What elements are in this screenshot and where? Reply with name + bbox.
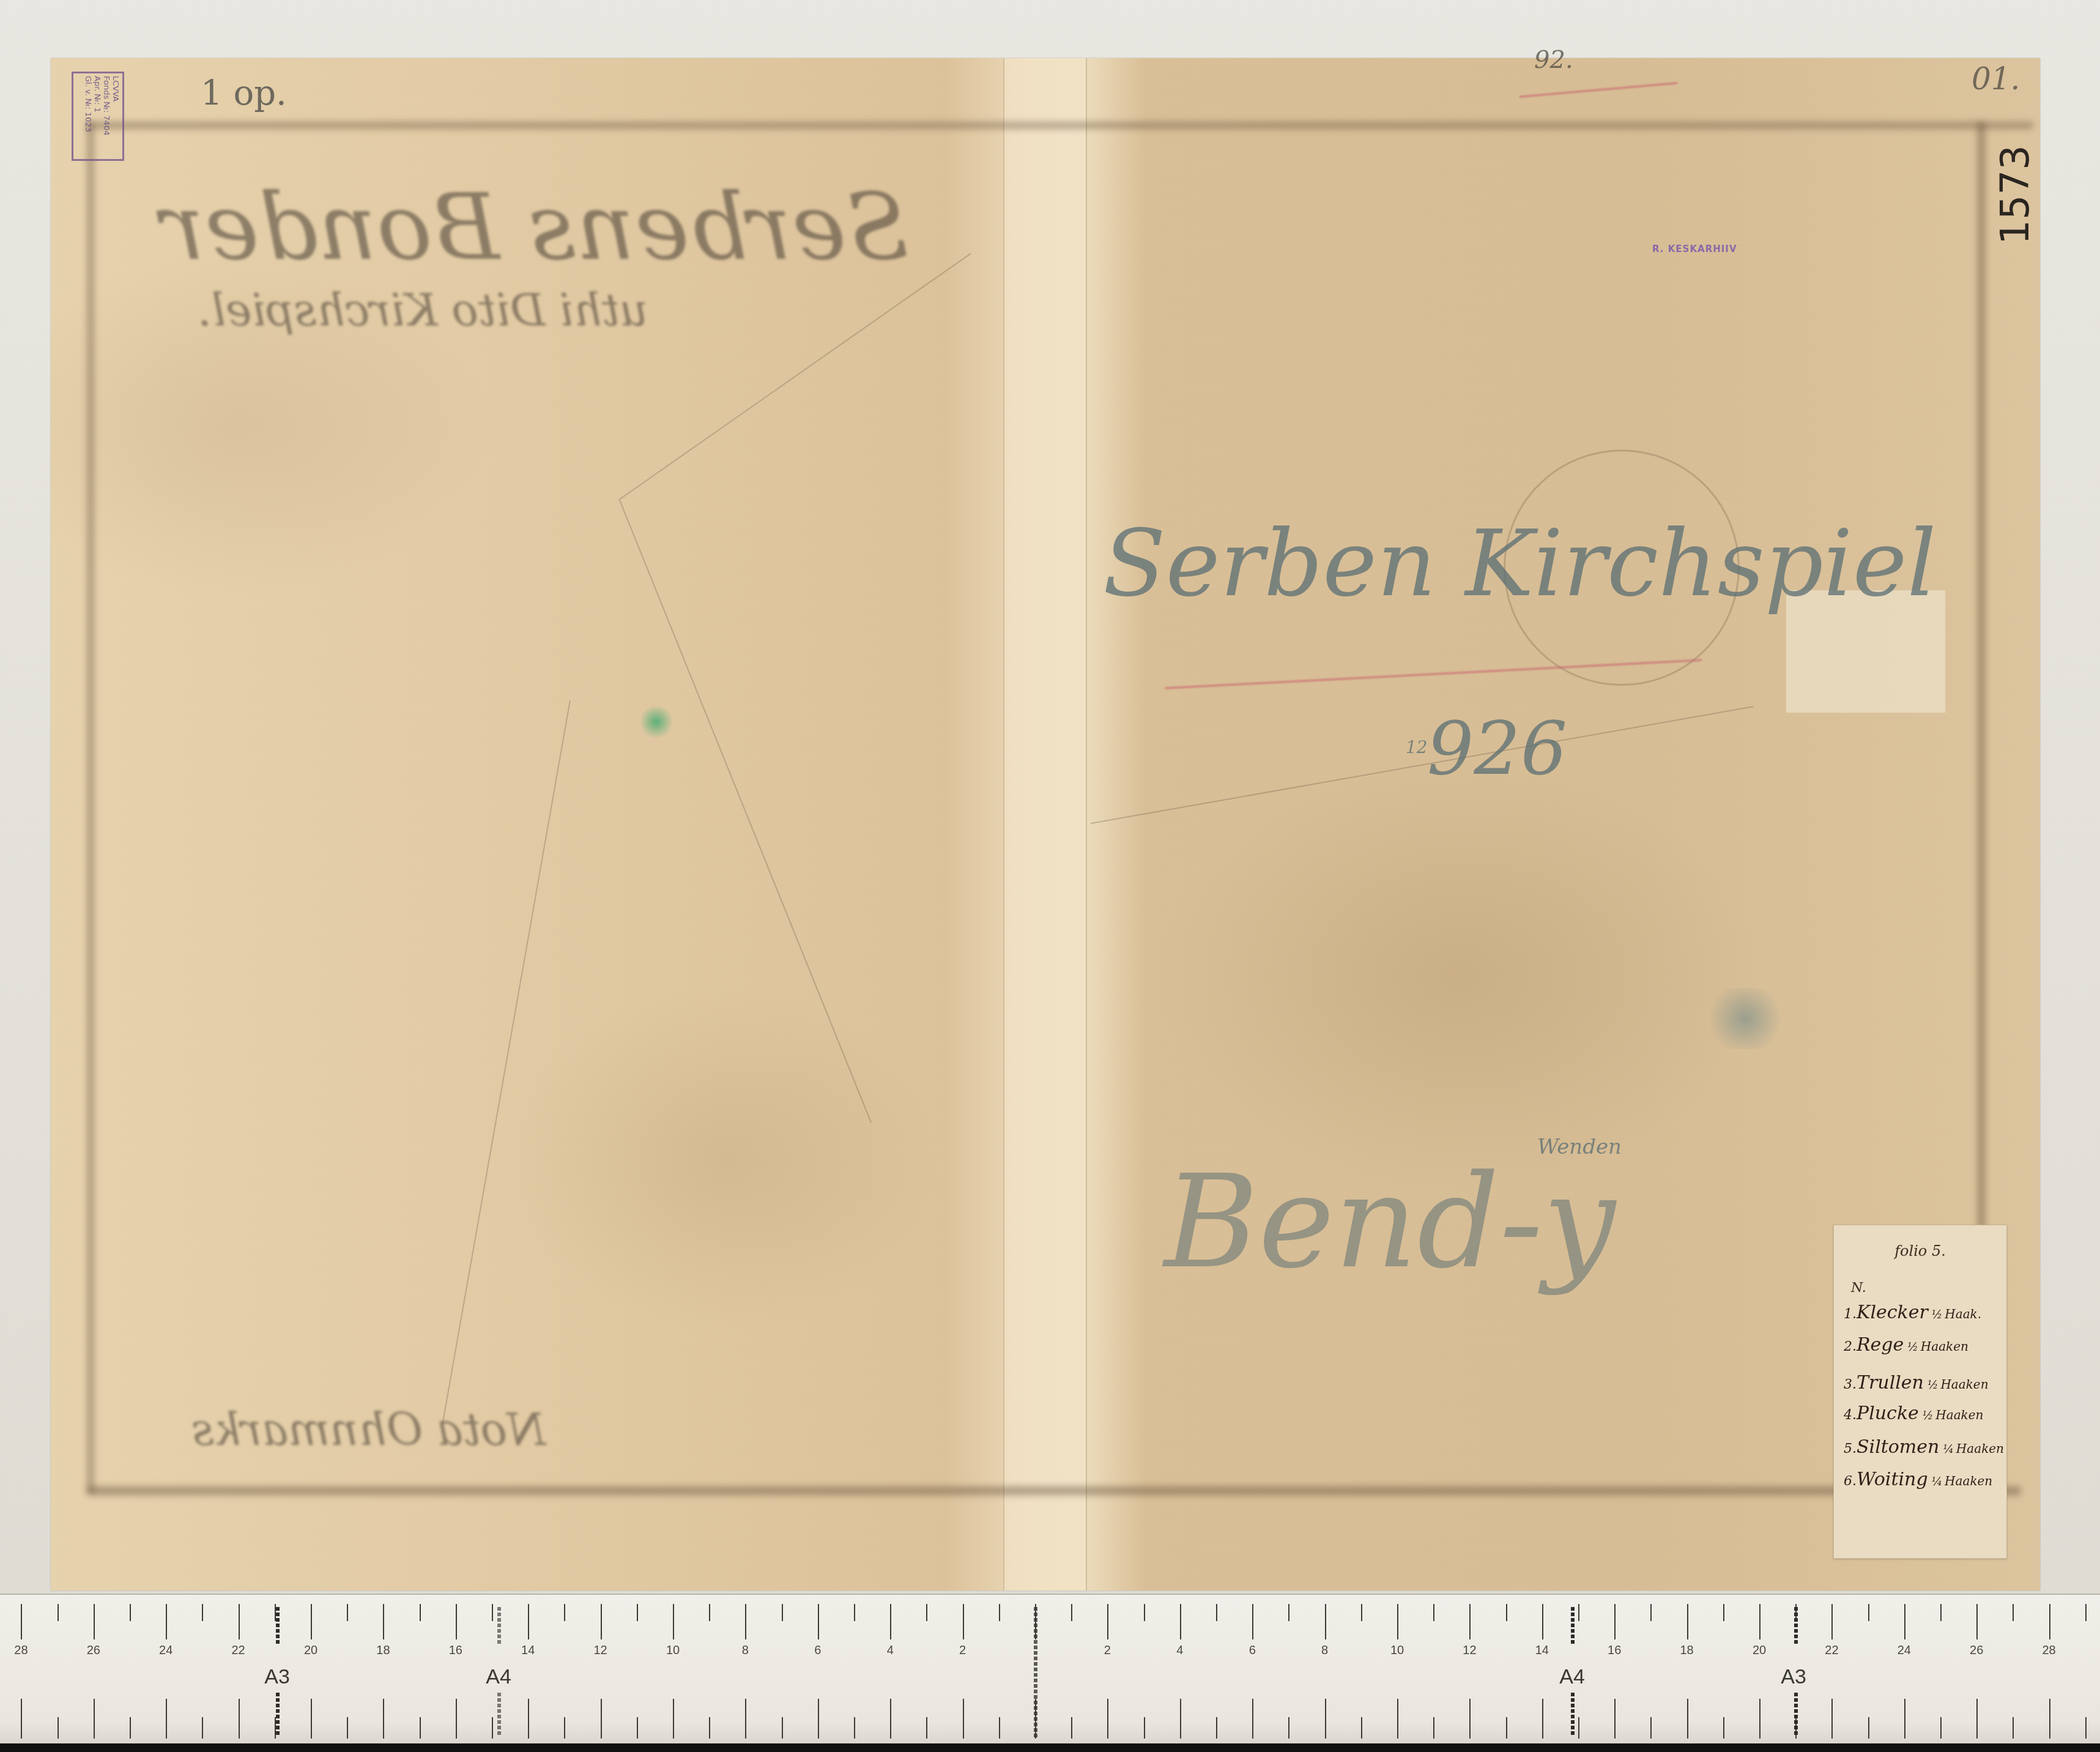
center-marker <box>1034 1607 1037 1739</box>
ruler-tick <box>601 1699 602 1739</box>
label-column-header: N. <box>1851 1280 1866 1296</box>
ruler-tick <box>456 1604 457 1639</box>
farm-unit: Haaken <box>1935 1408 1983 1422</box>
ruler-tick <box>311 1699 312 1739</box>
ruler-tick <box>492 1717 493 1739</box>
ruler-tick <box>1107 1604 1108 1639</box>
ruler-tick <box>1904 1699 1905 1739</box>
a4-marker-left <box>497 1693 501 1735</box>
ruler-tick <box>1107 1699 1108 1739</box>
map-boundary-line <box>620 253 971 499</box>
ruler-tick <box>963 1604 964 1639</box>
list-item: 2.Rege½Haaken <box>1844 1334 1968 1356</box>
list-item: 6.Woiting¼Haaken <box>1844 1469 1992 1490</box>
farm-unit: Haak. <box>1945 1307 1981 1321</box>
farm-share: ½ <box>1923 1409 1933 1422</box>
ruler-tick <box>1976 1604 1978 1639</box>
pencil-region-large: Bend-y <box>1164 1147 1616 1297</box>
a3-marker-left <box>276 1693 280 1735</box>
ruler-tick <box>1288 1717 1289 1739</box>
ruler-tick <box>1361 1717 1362 1739</box>
ruler-label: 16 <box>449 1644 462 1658</box>
ruler-tick <box>963 1699 964 1739</box>
format-mark-a4-left: A4 <box>486 1665 511 1689</box>
row-number: 1. <box>1844 1307 1857 1322</box>
ruler-tick <box>999 1717 1000 1739</box>
ruler-label: 16 <box>1608 1644 1621 1658</box>
archive-name-stamp: R. KESKARHIIV <box>1652 243 1737 254</box>
row-number: 2. <box>1844 1339 1857 1354</box>
ruler-tick <box>1578 1717 1579 1739</box>
ruler-label: 10 <box>1390 1644 1404 1658</box>
list-item: 1.Klecker½Haak. <box>1844 1302 1981 1323</box>
ruler-tick <box>1288 1604 1289 1621</box>
ruler-tick <box>1433 1604 1434 1621</box>
ruler-tick <box>1687 1604 1688 1639</box>
farm-name: Klecker <box>1857 1302 1928 1323</box>
row-number: 3. <box>1844 1377 1857 1392</box>
ruler-tick <box>2085 1717 2087 1739</box>
ruler-tick <box>1614 1604 1616 1639</box>
ruler-tick <box>239 1604 240 1639</box>
ruler-tick <box>1325 1699 1326 1739</box>
ruler-tick <box>637 1604 638 1621</box>
ruler-tick <box>782 1717 783 1739</box>
pencil-small-number: 12 <box>1406 737 1428 757</box>
list-item: 3.Trullen½Haaken <box>1844 1372 1989 1394</box>
ruler-tick <box>1940 1604 1942 1621</box>
ruler-label: 14 <box>1535 1644 1549 1658</box>
ruler-tick <box>1433 1717 1434 1739</box>
format-mark-a3-right: A3 <box>1781 1665 1806 1689</box>
ruler-label: 18 <box>1680 1644 1693 1658</box>
green-stain <box>641 703 672 740</box>
ruler-tick <box>890 1699 891 1739</box>
ruler-tick <box>673 1699 674 1739</box>
ruler-tick <box>347 1604 348 1621</box>
corner-note: 1 op. <box>201 73 287 113</box>
ruler-tick <box>1904 1604 1905 1639</box>
ruler-label: 20 <box>304 1644 317 1658</box>
a3-marker-right <box>1794 1607 1798 1644</box>
ruler-tick <box>2013 1604 2014 1621</box>
ruler-tick <box>1071 1717 1072 1739</box>
inventory-number: 1573 <box>1993 145 2038 245</box>
ruler-tick <box>21 1604 22 1639</box>
ruler-label: 22 <box>231 1644 245 1658</box>
ruler-tick <box>818 1604 819 1639</box>
farm-unit: Haaken <box>1921 1339 1968 1354</box>
ruler-label: 18 <box>376 1644 390 1658</box>
ruler-tick <box>420 1717 421 1739</box>
ruler-tick <box>1868 1717 1869 1739</box>
ruler-tick <box>1687 1699 1688 1739</box>
ruler-tick <box>926 1604 927 1621</box>
ruler-tick <box>1831 1699 1833 1739</box>
stamp-line-4: Gl. v. №: 1023 <box>83 76 92 157</box>
ruler-tick <box>999 1604 1000 1621</box>
format-mark-a4-right: A4 <box>1559 1665 1585 1689</box>
farm-share: ¼ <box>1932 1475 1942 1488</box>
ruler-label: 8 <box>742 1644 749 1658</box>
ruler-tick <box>528 1604 529 1639</box>
list-item: 4.Plucke½Haaken <box>1844 1403 1983 1424</box>
ruler-tick <box>2013 1717 2014 1739</box>
ruler-tick <box>1397 1699 1398 1739</box>
ruler-tick <box>1976 1699 1978 1739</box>
ruler-tick <box>709 1717 710 1739</box>
ruler-tick <box>456 1699 457 1739</box>
frame-left <box>87 122 94 1493</box>
ruler-tick <box>1252 1699 1253 1739</box>
ruler-label: 12 <box>1463 1644 1476 1658</box>
ruler-tick <box>492 1604 493 1621</box>
ruler-tick <box>637 1717 638 1739</box>
ruler-tick <box>202 1604 203 1621</box>
ruler-tick <box>1650 1604 1652 1621</box>
ruler-tick <box>854 1604 855 1621</box>
row-number: 5. <box>1844 1441 1857 1457</box>
red-mark-top <box>1519 82 1677 98</box>
ruler-tick <box>1216 1604 1217 1621</box>
stamp-line-1: LCVVA <box>111 76 120 157</box>
ruler-label: 2 <box>959 1644 966 1658</box>
a3-marker-right <box>1794 1693 1798 1735</box>
ruler-tick <box>1071 1604 1072 1621</box>
ruler-tick <box>130 1604 131 1621</box>
farm-unit: Haaken <box>1940 1377 1988 1392</box>
ruler-tick <box>2049 1699 2050 1739</box>
ruler-tick <box>1542 1699 1543 1739</box>
ruler-tick <box>1180 1699 1181 1739</box>
archive-box-stamp: LCVVA Fonds №: 7404 Apr. №: 1 Gl. v. №: … <box>72 72 124 161</box>
farm-share: ½ <box>1907 1341 1918 1354</box>
ruler-tick <box>564 1604 565 1621</box>
ruler-tick <box>673 1604 674 1639</box>
ruler-tick <box>818 1699 819 1739</box>
ruler-tick <box>166 1699 167 1739</box>
pencil-catalog-number: 926 <box>1427 707 1567 792</box>
farm-name: Rege <box>1857 1334 1904 1356</box>
ruler-tick <box>1469 1699 1471 1739</box>
ruler-tick <box>745 1699 746 1739</box>
a3-marker-left <box>276 1607 280 1644</box>
farm-share: ½ <box>1932 1308 1942 1321</box>
ruler-tick <box>347 1717 348 1739</box>
ruler-tick <box>166 1604 167 1639</box>
ruler-label: 22 <box>1825 1644 1838 1658</box>
ruler-tick <box>202 1717 203 1739</box>
ruler-tick <box>1325 1604 1326 1639</box>
ruler-tick <box>94 1604 95 1639</box>
ruler-tick <box>383 1604 384 1639</box>
ruler-label: 24 <box>159 1644 173 1658</box>
mirrored-bottom-text: Nota Ohnmarks <box>191 1404 546 1455</box>
ruler-tick <box>1614 1699 1616 1739</box>
ruler-tick <box>58 1604 59 1621</box>
row-number: 6. <box>1844 1474 1857 1489</box>
stamp-line-2: Fonds №: 7404 <box>102 76 111 157</box>
ruler-tick <box>1578 1604 1579 1621</box>
ruler-tick <box>564 1717 565 1739</box>
ruler-label: 6 <box>1249 1644 1256 1658</box>
ruler-tick <box>709 1604 710 1621</box>
ruler-label: 10 <box>666 1644 680 1658</box>
list-item: 5.Siltomen¼Haaken <box>1844 1436 2004 1458</box>
ruler-tick <box>1650 1717 1652 1739</box>
ruler-tick <box>2049 1604 2050 1639</box>
ruler-tick <box>1940 1717 1942 1739</box>
ruler-label: 4 <box>1176 1644 1183 1658</box>
ruler-tick <box>383 1699 384 1739</box>
map-boundary-line <box>442 700 571 1423</box>
sheet-seam-right <box>1086 58 1087 1591</box>
ruler-label: 28 <box>2042 1644 2055 1658</box>
top-center-note: 92. <box>1534 46 1573 74</box>
ruler-tick <box>926 1717 927 1739</box>
ruler-tick <box>58 1717 59 1739</box>
ruler-tick <box>94 1699 95 1739</box>
ruler-tick <box>745 1604 746 1639</box>
measuring-ruler: 2826242220181614121086422468101214161820… <box>0 1594 2100 1745</box>
farm-share: ½ <box>1927 1379 1938 1392</box>
stamp-line-3: Apr. №: 1 <box>92 76 102 157</box>
ruler-label: 28 <box>14 1644 28 1658</box>
ruler-tick <box>890 1604 891 1639</box>
ruler-tick <box>420 1604 421 1621</box>
ruler-tick <box>782 1604 783 1621</box>
farm-unit: Haaken <box>1956 1441 2004 1456</box>
a4-marker-right <box>1571 1607 1575 1644</box>
farm-share: ¼ <box>1943 1443 1953 1456</box>
ruler-label: 14 <box>521 1644 535 1658</box>
ruler-tick <box>1252 1604 1253 1639</box>
format-mark-a3-left: A3 <box>264 1665 290 1689</box>
ruler-label: 26 <box>1970 1644 1983 1658</box>
scan-bottom-edge <box>0 1743 2100 1752</box>
pencil-parish-title: Serben Kirchspiel <box>1103 511 1936 617</box>
ruler-label: 2 <box>1104 1644 1111 1658</box>
map-sheet: Serbens Bonder uthi Dito Kirchspiel. Not… <box>51 58 2040 1591</box>
a4-marker-right <box>1571 1693 1575 1735</box>
ruler-tick <box>1144 1604 1145 1621</box>
ruler-tick <box>1868 1604 1869 1621</box>
ruler-tick <box>528 1699 529 1739</box>
row-number: 4. <box>1844 1408 1857 1423</box>
mirrored-title-line2: uthi Dito Kirchspiel. <box>198 284 648 336</box>
ruler-tick <box>601 1604 602 1639</box>
farm-name: Woiting <box>1857 1469 1928 1490</box>
map-boundary-line <box>1091 706 1754 824</box>
ruler-label: 6 <box>814 1644 821 1658</box>
ruler-tick <box>1759 1699 1761 1739</box>
ruler-tick <box>1216 1717 1217 1739</box>
ruler-label: 8 <box>1321 1644 1328 1658</box>
ruler-tick <box>21 1699 22 1739</box>
frame-top <box>87 122 2033 128</box>
frame-bottom <box>87 1487 2020 1495</box>
ruler-label: 24 <box>1898 1644 1911 1658</box>
ruler-tick <box>854 1717 855 1739</box>
farm-name: Plucke <box>1857 1403 1919 1424</box>
ruler-tick <box>1723 1717 1724 1739</box>
ruler-tick <box>1759 1604 1761 1639</box>
ruler-tick <box>1180 1604 1181 1639</box>
top-right-note: 01. <box>1972 61 2020 97</box>
ruler-tick <box>1397 1604 1398 1639</box>
a4-marker-left <box>497 1607 501 1644</box>
ruler-tick <box>239 1699 240 1739</box>
ruler-tick <box>1361 1604 1362 1621</box>
farm-unit: Haaken <box>1945 1474 1992 1488</box>
ruler-label: 20 <box>1753 1644 1766 1658</box>
farm-name: Trullen <box>1857 1372 1924 1394</box>
farm-name: Siltomen <box>1857 1436 1939 1458</box>
ruler-tick <box>311 1604 312 1639</box>
map-boundary-line <box>618 499 872 1123</box>
label-title: folio 5. <box>1834 1242 2006 1260</box>
ruler-tick <box>1469 1604 1471 1639</box>
farm-list-label: folio 5. N. 1.Klecker½Haak. 2.Rege½Haake… <box>1833 1225 2007 1559</box>
ruler-tick <box>1831 1604 1833 1639</box>
mirrored-title-line1: Serbens Bonder <box>161 174 909 281</box>
sheet-seam-left <box>1003 58 1004 1591</box>
ruler-tick <box>2085 1604 2087 1621</box>
ruler-tick <box>1542 1604 1543 1639</box>
ruler-label: 4 <box>887 1644 894 1658</box>
ruler-tick <box>130 1717 131 1739</box>
blue-stain <box>1702 988 1788 1049</box>
ruler-label: 26 <box>87 1644 100 1658</box>
ruler-tick <box>1144 1717 1145 1739</box>
ruler-tick <box>1723 1604 1724 1621</box>
ruler-label: 12 <box>593 1644 607 1658</box>
center-join-strip <box>1003 58 1086 1591</box>
ruler-tick <box>1506 1717 1507 1739</box>
ruler-tick <box>1506 1604 1507 1621</box>
